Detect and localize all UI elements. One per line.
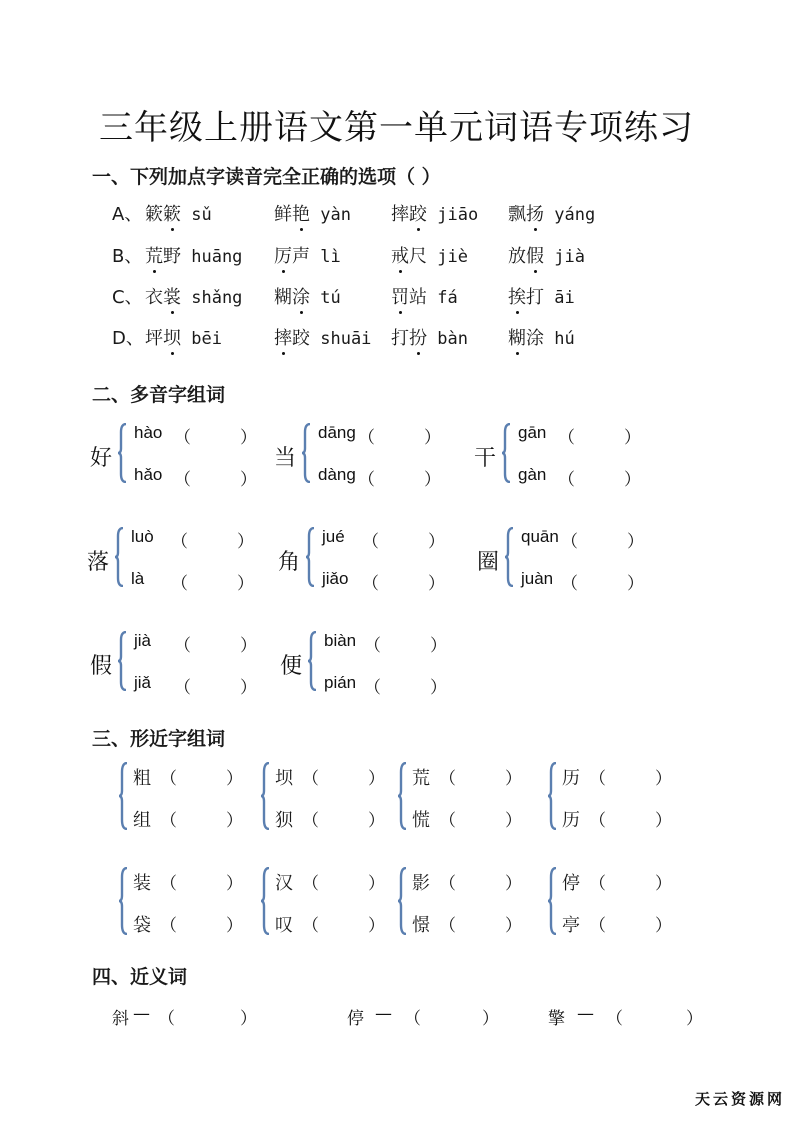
curly-brace-icon (547, 867, 555, 935)
option-label: B、 (112, 242, 142, 268)
pinyin: jià (544, 247, 585, 267)
similar-char: 历 (562, 806, 580, 832)
option-label: D、 (112, 324, 144, 350)
answer-blank-close[interactable]: ） (624, 423, 641, 448)
word-char: 放 (508, 246, 526, 267)
polyphone-char: 圈 (477, 545, 499, 576)
word-char: 糊 (274, 287, 292, 308)
similar-char: 慌 (412, 806, 430, 832)
curly-brace-icon (504, 527, 512, 587)
word-char: 涂 (526, 328, 544, 349)
curly-brace-icon (305, 527, 313, 587)
dotted-char: 裳 (163, 283, 181, 309)
word-char: 野 (163, 246, 181, 267)
answer-blank-open[interactable]: （ (439, 911, 456, 936)
section1-heading: 一、下列加点字读音完全正确的选项（ ） (92, 162, 441, 189)
answer-blank-close[interactable]: ） (240, 673, 257, 698)
answer-blank-open[interactable]: （ (589, 764, 606, 789)
answer-blank-open[interactable]: （ (439, 806, 456, 831)
reading-pinyin: hǎo (134, 465, 162, 485)
polyphone-char: 角 (278, 545, 300, 576)
curly-brace-icon (117, 631, 125, 691)
section4-heading: 四、近义词 (92, 962, 187, 989)
reading-pinyin: jiǎ (134, 673, 151, 693)
curly-brace-icon (547, 762, 555, 830)
similar-char: 狈 (275, 806, 293, 832)
option-item: 戒尺 jiè (391, 242, 468, 268)
answer-blank-close[interactable]: ） (655, 869, 672, 894)
answer-blank-open[interactable]: （ (160, 911, 177, 936)
answer-blank-open[interactable]: （ (160, 869, 177, 894)
pinyin: fá (427, 288, 458, 308)
answer-blank-close[interactable]: ） (368, 764, 385, 789)
answer-blank-open[interactable]: （ (589, 911, 606, 936)
answer-blank-close[interactable]: ） (655, 806, 672, 831)
curly-brace-icon (397, 762, 405, 830)
similar-char: 历 (562, 764, 580, 790)
polyphone-char: 便 (280, 649, 302, 680)
option-item: 衣裳 shǎng (145, 283, 242, 309)
reading-pinyin: gàn (518, 465, 546, 485)
curly-brace-icon (118, 867, 126, 935)
answer-blank-open[interactable]: （ (171, 527, 188, 552)
pinyin: jiāo (427, 205, 478, 225)
reading-pinyin: luò (131, 527, 154, 547)
reading-pinyin: jué (322, 527, 345, 547)
answer-blank-close[interactable]: ） (505, 869, 522, 894)
similar-char: 停 (562, 869, 580, 895)
curly-brace-icon (260, 762, 268, 830)
answer-blank-open[interactable]: （ (561, 527, 578, 552)
word-char: 飘 (508, 204, 526, 225)
similar-char: 装 (133, 869, 151, 895)
answer-blank-open[interactable]: （ (362, 569, 379, 594)
answer-blank-close[interactable]: ） (368, 806, 385, 831)
answer-blank-open[interactable]: （ (439, 869, 456, 894)
option-item: 摔跤 jiāo (391, 200, 478, 226)
word-char: 跤 (292, 328, 310, 349)
option-item: 糊涂 tú (274, 283, 341, 309)
dotted-char: 荒 (145, 242, 163, 268)
pinyin: yàn (310, 205, 351, 225)
curly-brace-icon (307, 631, 315, 691)
word-char: 打 (526, 287, 544, 308)
option-item: 坪坝 bēi (145, 324, 222, 350)
option-item: 荒野 huāng (145, 242, 242, 268)
option-item: 打扮 bàn (391, 324, 468, 350)
word-char: 打 (391, 328, 409, 349)
reading-pinyin: dāng (318, 423, 356, 443)
word-char: 站 (409, 287, 427, 308)
word-char: 尺 (409, 246, 427, 267)
dotted-char: 涂 (292, 283, 310, 309)
answer-blank-close[interactable]: ） (424, 423, 441, 448)
option-item: 挨打 āi (508, 283, 575, 309)
answer-blank-open[interactable]: （ (174, 631, 191, 656)
similar-char: 叹 (275, 911, 293, 937)
option-item: 厉声 lì (274, 242, 341, 268)
answer-blank-close[interactable]: ） (240, 631, 257, 656)
option-item: 糊涂 hú (508, 324, 575, 350)
reading-pinyin: gān (518, 423, 546, 443)
answer-blank-open[interactable]: （ (404, 1004, 421, 1029)
dotted-char: 戒 (391, 242, 409, 268)
answer-blank-close[interactable]: ） (424, 465, 441, 490)
option-item: 簌簌 sǔ (145, 200, 212, 226)
word-char: 声 (292, 246, 310, 267)
option-item: 摔跤 shuāi (274, 324, 371, 350)
option-label: A、 (112, 200, 142, 226)
answer-blank-close[interactable]: ） (627, 527, 644, 552)
answer-blank-close[interactable]: ） (368, 911, 385, 936)
answer-blank-open[interactable]: （ (589, 806, 606, 831)
answer-blank-open[interactable]: （ (160, 764, 177, 789)
word-char: 摔 (391, 204, 409, 225)
pinyin: huāng (181, 247, 242, 267)
dash: — (577, 1004, 594, 1024)
answer-blank-close[interactable]: ） (368, 869, 385, 894)
answer-blank-close[interactable]: ） (505, 764, 522, 789)
answer-blank-open[interactable]: （ (439, 764, 456, 789)
answer-blank-open[interactable]: （ (606, 1004, 623, 1029)
similar-char: 坝 (275, 764, 293, 790)
answer-blank-open[interactable]: （ (158, 1004, 175, 1029)
option-item: 飘扬 yáng (508, 200, 595, 226)
answer-blank-close[interactable]: ） (482, 1004, 499, 1029)
answer-blank-close[interactable]: ） (430, 673, 447, 698)
dash: — (133, 1004, 150, 1024)
similar-char: 影 (412, 869, 430, 895)
section2-heading: 二、多音字组词 (92, 380, 225, 407)
dotted-char: 罚 (391, 283, 409, 309)
option-item: 罚站 fá (391, 283, 458, 309)
answer-blank-close[interactable]: ） (686, 1004, 703, 1029)
answer-blank-close[interactable]: ） (627, 569, 644, 594)
option-label: C、 (112, 283, 143, 309)
answer-blank-close[interactable]: ） (226, 764, 243, 789)
word-char: 坪 (145, 328, 163, 349)
reading-pinyin: quān (521, 527, 559, 547)
answer-blank-close[interactable]: ） (237, 569, 254, 594)
answer-blank-close[interactable]: ） (226, 869, 243, 894)
dotted-char: 摔 (274, 324, 292, 350)
answer-blank-close[interactable]: ） (240, 423, 257, 448)
word-char: 簌 (145, 204, 163, 225)
reading-pinyin: hào (134, 423, 162, 443)
answer-blank-open[interactable]: （ (302, 806, 319, 831)
answer-blank-close[interactable]: ） (226, 806, 243, 831)
dotted-char: 扮 (409, 324, 427, 350)
dotted-char: 坝 (163, 324, 181, 350)
answer-blank-open[interactable]: （ (362, 527, 379, 552)
similar-char: 组 (133, 806, 151, 832)
pinyin: sǔ (181, 205, 212, 225)
page-title: 三年级上册语文第一单元词语专项练习 (0, 100, 793, 149)
curly-brace-icon (301, 423, 309, 483)
curly-brace-icon (117, 423, 125, 483)
answer-blank-close[interactable]: ） (505, 806, 522, 831)
polyphone-char: 好 (90, 441, 112, 472)
pinyin: jiè (427, 247, 468, 267)
dotted-char: 糊 (508, 324, 526, 350)
word-char: 鲜 (274, 204, 292, 225)
reading-pinyin: jiǎo (322, 569, 348, 589)
synonym-word: 停 (347, 1004, 364, 1029)
synonym-word: 擎 (548, 1004, 565, 1029)
answer-blank-open[interactable]: （ (589, 869, 606, 894)
dotted-char: 跤 (409, 200, 427, 226)
answer-blank-close[interactable]: ） (428, 569, 445, 594)
similar-char: 憬 (412, 911, 430, 937)
answer-blank-open[interactable]: （ (358, 423, 375, 448)
answer-blank-close[interactable]: ） (430, 631, 447, 656)
pinyin: bàn (427, 329, 468, 349)
answer-blank-open[interactable]: （ (174, 423, 191, 448)
answer-blank-close[interactable]: ） (655, 911, 672, 936)
similar-char: 袋 (133, 911, 151, 937)
answer-blank-open[interactable]: （ (561, 569, 578, 594)
reading-pinyin: juàn (521, 569, 553, 589)
reading-pinyin: biàn (324, 631, 356, 651)
dotted-char: 簌 (163, 200, 181, 226)
pinyin: lì (310, 247, 341, 267)
curly-brace-icon (118, 762, 126, 830)
answer-blank-open[interactable]: （ (171, 569, 188, 594)
answer-blank-open[interactable]: （ (302, 764, 319, 789)
answer-blank-close[interactable]: ） (237, 527, 254, 552)
pinyin: tú (310, 288, 341, 308)
dotted-char: 扬 (526, 200, 544, 226)
option-item: 放假 jià (508, 242, 585, 268)
polyphone-char: 落 (87, 545, 109, 576)
reading-pinyin: jià (134, 631, 151, 651)
dash: — (375, 1004, 392, 1024)
dotted-char: 艳 (292, 200, 310, 226)
pinyin: āi (544, 288, 575, 308)
reading-pinyin: pián (324, 673, 356, 693)
pinyin: bēi (181, 329, 222, 349)
similar-char: 汉 (275, 869, 293, 895)
answer-blank-close[interactable]: ） (240, 1004, 257, 1029)
dotted-char: 挨 (508, 283, 526, 309)
pinyin: shuāi (310, 329, 371, 349)
polyphone-char: 干 (474, 441, 496, 472)
answer-blank-close[interactable]: ） (226, 911, 243, 936)
section3-heading: 三、形近字组词 (92, 724, 225, 751)
answer-blank-close[interactable]: ） (428, 527, 445, 552)
answer-blank-open[interactable]: （ (558, 423, 575, 448)
answer-blank-close[interactable]: ） (624, 465, 641, 490)
similar-char: 粗 (133, 764, 151, 790)
curly-brace-icon (397, 867, 405, 935)
answer-blank-open[interactable]: （ (364, 673, 381, 698)
answer-blank-open[interactable]: （ (174, 673, 191, 698)
reading-pinyin: dàng (318, 465, 356, 485)
reading-pinyin: là (131, 569, 144, 589)
answer-blank-open[interactable]: （ (302, 911, 319, 936)
answer-blank-open[interactable]: （ (302, 869, 319, 894)
polyphone-char: 假 (90, 649, 112, 680)
dotted-char: 假 (526, 242, 544, 268)
answer-blank-open[interactable]: （ (558, 465, 575, 490)
similar-char: 亭 (562, 911, 580, 937)
answer-blank-open[interactable]: （ (160, 806, 177, 831)
answer-blank-open[interactable]: （ (174, 465, 191, 490)
similar-char: 荒 (412, 764, 430, 790)
synonym-word: 斜 (112, 1004, 129, 1029)
answer-blank-open[interactable]: （ (364, 631, 381, 656)
pinyin: yáng (544, 205, 595, 225)
option-item: 鲜艳 yàn (274, 200, 351, 226)
answer-blank-open[interactable]: （ (358, 465, 375, 490)
curly-brace-icon (114, 527, 122, 587)
watermark: 天云资源网 (695, 1088, 785, 1109)
answer-blank-close[interactable]: ） (505, 911, 522, 936)
answer-blank-close[interactable]: ） (655, 764, 672, 789)
pinyin: shǎng (181, 288, 242, 308)
polyphone-char: 当 (274, 441, 296, 472)
word-char: 衣 (145, 287, 163, 308)
curly-brace-icon (501, 423, 509, 483)
answer-blank-close[interactable]: ） (240, 465, 257, 490)
dotted-char: 厉 (274, 242, 292, 268)
pinyin: hú (544, 329, 575, 349)
curly-brace-icon (260, 867, 268, 935)
